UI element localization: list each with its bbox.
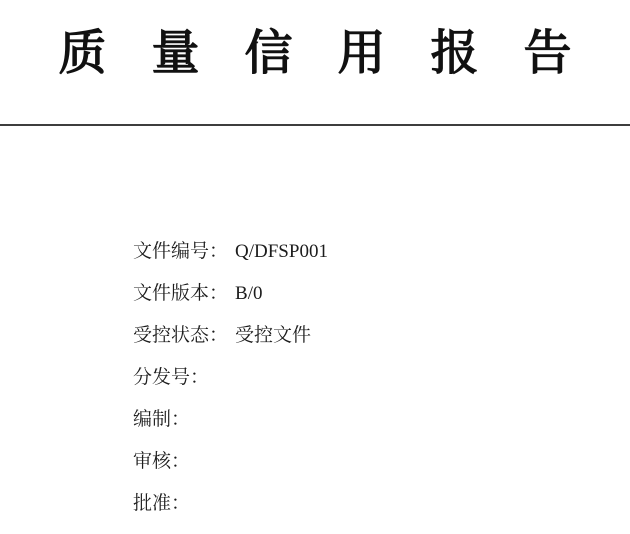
- field-label: 文件编号：: [133, 241, 228, 262]
- field-label: 分发号：: [133, 367, 209, 388]
- page-title: 质量信用报告: [58, 28, 616, 81]
- field-label: 批准：: [133, 493, 190, 514]
- field-row-controlled-status: 受控状态：受控文件: [133, 315, 533, 357]
- field-value: Q/DFSP001: [235, 241, 328, 262]
- field-row-prepared-by: 编制：: [133, 399, 533, 441]
- field-row-document-version: 文件版本：B/0: [133, 273, 533, 315]
- field-label: 受控状态：: [133, 325, 228, 346]
- title-container: 质量信用报告: [0, 28, 630, 81]
- field-row-reviewed-by: 审核：: [133, 441, 533, 483]
- field-label: 编制：: [133, 409, 190, 430]
- field-row-distribution-number: 分发号：: [133, 357, 533, 399]
- field-value: B/0: [235, 283, 262, 304]
- field-label: 审核：: [133, 451, 190, 472]
- field-row-document-number: 文件编号：Q/DFSP001: [133, 231, 533, 273]
- document-cover-page: 质量信用报告 文件编号：Q/DFSP001 文件版本：B/0 受控状态：受控文件…: [0, 0, 630, 534]
- field-row-approved-by: 批准：: [133, 483, 533, 525]
- field-value: 受控文件: [235, 325, 311, 346]
- document-control-fields: 文件编号：Q/DFSP001 文件版本：B/0 受控状态：受控文件 分发号： 编…: [133, 231, 533, 525]
- field-label: 文件版本：: [133, 283, 228, 304]
- horizontal-rule: [0, 124, 630, 126]
